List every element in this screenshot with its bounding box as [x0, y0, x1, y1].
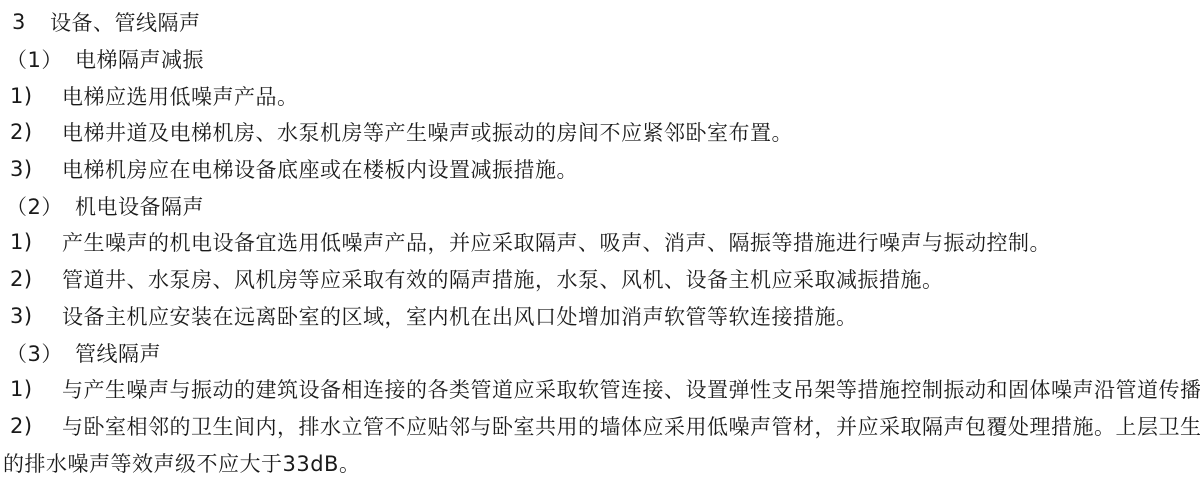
doc-continuation-line: 的排水噪声等效声级不应大于33dB。 [0, 444, 1200, 481]
section-number: （2） [6, 191, 75, 221]
item-number: 1) [10, 230, 62, 254]
doc-section-heading: （1） 电梯隔声减振 [0, 41, 1200, 78]
item-text: 电梯机房应在电梯设备底座或在楼板内设置减振措施。 [62, 154, 578, 184]
section-number: （1） [6, 44, 75, 74]
item-text: 与卧室相邻的卫生间内，排水立管不应贴邻与卧室共用的墙体应采用低噪声管材，并应采取… [62, 411, 1200, 441]
document-page: 3 设备、管线隔声 （1） 电梯隔声减振 1) 电梯应选用低噪声产品。 2) 电… [0, 0, 1200, 488]
doc-section-heading: （3） 管线隔声 [0, 334, 1200, 371]
section-number: （3） [6, 338, 75, 368]
heading-text: 设备、管线隔声 [50, 7, 201, 37]
doc-section-heading: （2） 机电设备隔声 [0, 187, 1200, 224]
item-number: 1) [10, 377, 62, 401]
item-number: 3) [10, 157, 62, 181]
section-text: 管线隔声 [75, 338, 161, 368]
item-number: 2) [10, 414, 62, 438]
doc-list-item: 2) 管道井、水泵房、风机房等应采取有效的隔声措施，水泵、风机、设备主机应采取减… [0, 261, 1200, 298]
doc-list-item: 3) 电梯机房应在电梯设备底座或在楼板内设置减振措施。 [0, 151, 1200, 188]
item-text: 产生噪声的机电设备宜选用低噪声产品，并应采取隔声、吸声、消声、隔振等措施进行噪声… [62, 227, 1051, 257]
heading-number: 3 [12, 10, 50, 34]
doc-list-item: 3) 设备主机应安装在远离卧室的区域，室内机在出风口处增加消声软管等软连接措施。 [0, 298, 1200, 335]
doc-list-item: 2) 电梯井道及电梯机房、水泵机房等产生噪声或振动的房间不应紧邻卧室布置。 [0, 114, 1200, 151]
item-number: 1) [10, 84, 62, 108]
item-number: 3) [10, 304, 62, 328]
item-text: 的排水噪声等效声级不应大于33dB。 [3, 448, 360, 478]
doc-heading-level1: 3 设备、管线隔声 [0, 4, 1200, 41]
doc-list-item: 1) 与产生噪声与振动的建筑设备相连接的各类管道应采取软管连接、设置弹性支吊架等… [0, 371, 1200, 408]
doc-list-item: 1) 电梯应选用低噪声产品。 [0, 77, 1200, 114]
doc-list-item: 2) 与卧室相邻的卫生间内，排水立管不应贴邻与卧室共用的墙体应采用低噪声管材，并… [0, 408, 1200, 445]
section-text: 机电设备隔声 [75, 191, 204, 221]
section-text: 电梯隔声减振 [75, 44, 204, 74]
item-text: 与产生噪声与振动的建筑设备相连接的各类管道应采取软管连接、设置弹性支吊架等措施控… [62, 374, 1200, 404]
item-number: 2) [10, 120, 62, 144]
item-number: 2) [10, 267, 62, 291]
item-text: 电梯井道及电梯机房、水泵机房等产生噪声或振动的房间不应紧邻卧室布置。 [62, 117, 793, 147]
item-text: 设备主机应安装在远离卧室的区域，室内机在出风口处增加消声软管等软连接措施。 [62, 301, 858, 331]
item-text: 电梯应选用低噪声产品。 [62, 81, 299, 111]
doc-list-item: 1) 产生噪声的机电设备宜选用低噪声产品，并应采取隔声、吸声、消声、隔振等措施进… [0, 224, 1200, 261]
item-text: 管道井、水泵房、风机房等应采取有效的隔声措施，水泵、风机、设备主机应采取减振措施… [62, 264, 944, 294]
